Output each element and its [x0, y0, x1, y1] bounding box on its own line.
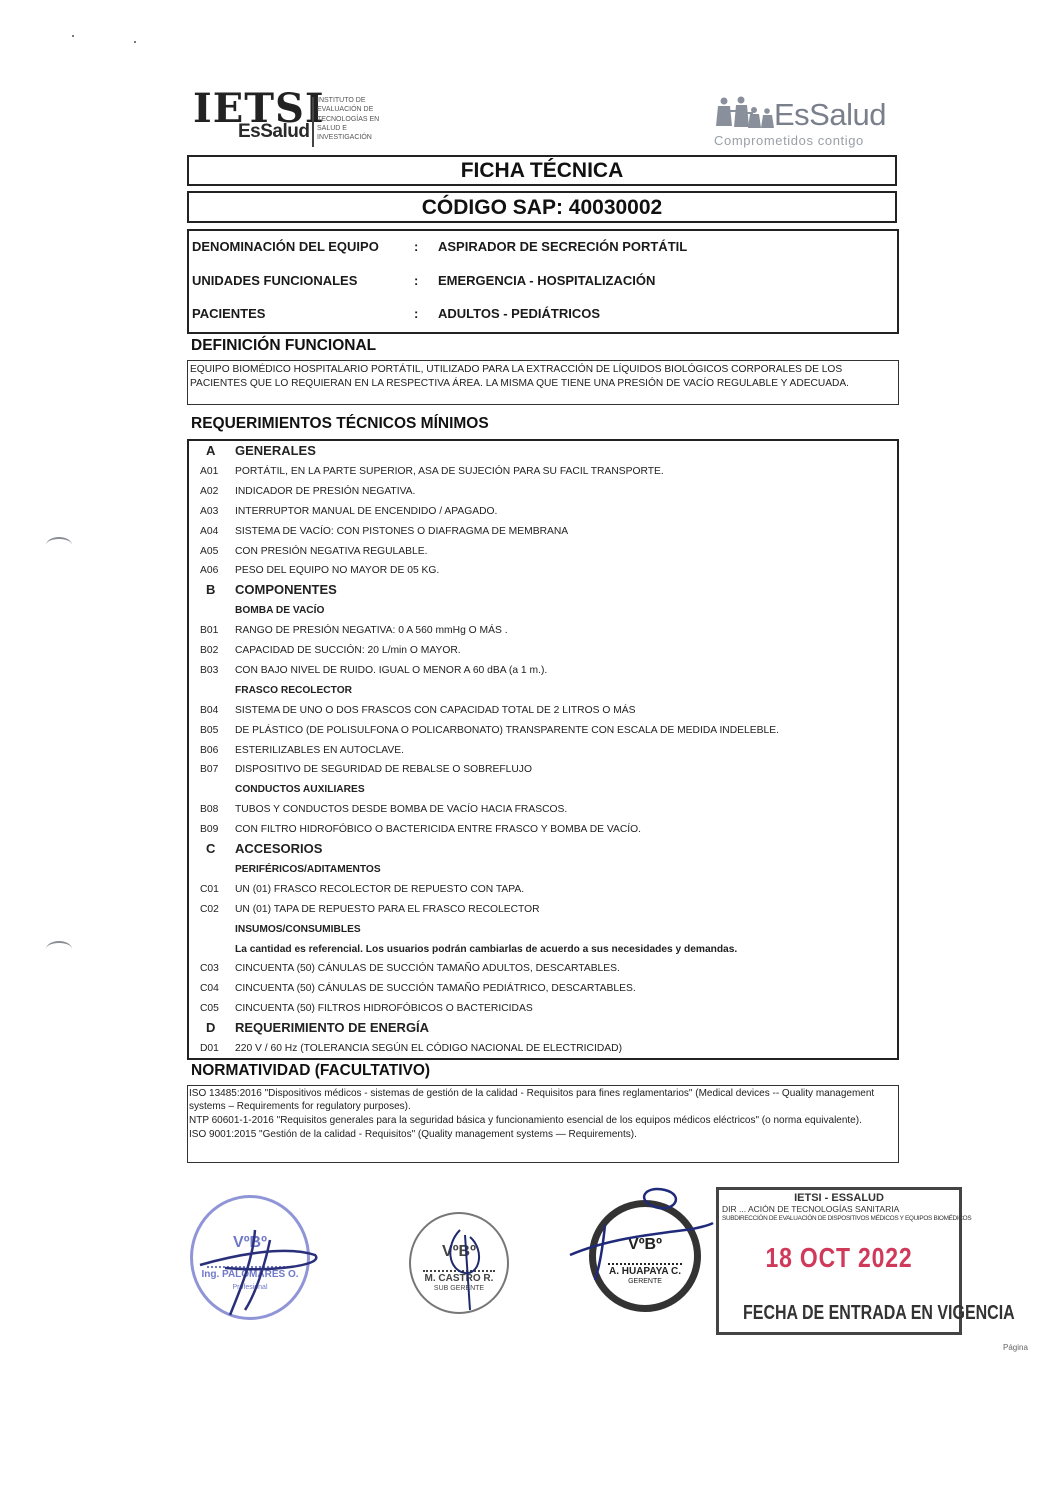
punch-hole-mark	[46, 941, 72, 957]
requirement-code: B05	[200, 725, 218, 736]
info-label: UNIDADES FUNCIONALES	[192, 273, 357, 288]
normatividad-box: ISO 13485:2016 "Dispositivos médicos - s…	[187, 1085, 899, 1163]
date-stamp-org: IETSI - ESSALUD	[719, 1192, 959, 1204]
norm-item: NTP 60601-1-2016 "Requisitos generales p…	[189, 1114, 898, 1127]
requirement-code: C05	[200, 1003, 219, 1014]
effective-date-stamp: IETSI - ESSALUD DIR ... ACIÓN DE TECNOLO…	[716, 1187, 962, 1335]
approval-stamp-subgerente: VºBº M. CASTRO R. SUB GERENTE	[409, 1212, 509, 1314]
essalud-logo: EsSalud Comprometidos contigo	[712, 92, 902, 152]
requirement-note: La cantidad es referencial. Los usuarios…	[189, 941, 889, 960]
requirement-text: GENERALES	[235, 443, 316, 458]
requirement-row: B01RANGO DE PRESIÓN NEGATIVA: 0 A 560 mm…	[189, 622, 889, 641]
stamp-vb: VºBº	[193, 1234, 307, 1252]
requirement-subheading: INSUMOS/CONSUMIBLES	[189, 921, 889, 940]
approval-stamp-gerente: VºBº A. HUAPAYA C. GERENTE	[589, 1200, 701, 1312]
stamp-vb: VºBº	[411, 1243, 507, 1261]
requirement-row: B08TUBOS Y CONDUCTOS DESDE BOMBA DE VACÍ…	[189, 801, 889, 820]
requirement-text: INSUMOS/CONSUMIBLES	[235, 924, 361, 935]
requirement-text: PERIFÉRICOS/ADITAMENTOS	[235, 864, 381, 875]
requirement-text: CON FILTRO HIDROFÓBICO O BACTERICIDA ENT…	[235, 824, 641, 835]
info-colon: :	[414, 306, 418, 321]
ietsi-institute-text: INSTITUTO DE EVALUACIÓN DE TECNOLOGÍAS E…	[317, 96, 379, 142]
stamp-role: Profesional	[193, 1284, 307, 1291]
info-colon: :	[414, 239, 418, 254]
requirement-text: FRASCO RECOLECTOR	[235, 685, 352, 696]
requirement-code: C03	[200, 963, 219, 974]
requirement-text: CONDUCTOS AUXILIARES	[235, 784, 365, 795]
scan-speck	[72, 35, 74, 37]
requirement-text: CINCUENTA (50) CÁNULAS DE SUCCIÓN TAMAÑO…	[235, 983, 636, 994]
requirement-text: PORTÁTIL, EN LA PARTE SUPERIOR, ASA DE S…	[235, 466, 664, 477]
requirement-text: SISTEMA DE UNO O DOS FRASCOS CON CAPACID…	[235, 705, 636, 716]
requirement-code: A02	[200, 486, 218, 497]
requirement-text: INTERRUPTOR MANUAL DE ENCENDIDO / APAGAD…	[235, 506, 497, 517]
requirement-code: B09	[200, 824, 218, 835]
requirement-text: COMPONENTES	[235, 582, 337, 597]
requirement-row: A01PORTÁTIL, EN LA PARTE SUPERIOR, ASA D…	[189, 463, 889, 482]
functional-definition-heading: DEFINICIÓN FUNCIONAL	[191, 337, 376, 355]
requirement-text: PESO DEL EQUIPO NO MAYOR DE 05 KG.	[235, 565, 439, 576]
requirement-text: TUBOS Y CONDUCTOS DESDE BOMBA DE VACÍO H…	[235, 804, 567, 815]
stamp-name: Ing. PALOMARES O.	[193, 1269, 307, 1280]
requirement-code: B07	[200, 764, 218, 775]
requirement-row: A06PESO DEL EQUIPO NO MAYOR DE 05 KG.	[189, 562, 889, 581]
requirement-text: UN (01) FRASCO RECOLECTOR DE REPUESTO CO…	[235, 884, 524, 895]
requirements-heading: REQUERIMIENTOS TÉCNICOS MÍNIMOS	[191, 415, 489, 433]
requirement-subheading: CONDUCTOS AUXILIARES	[189, 781, 889, 800]
requirement-text: RANGO DE PRESIÓN NEGATIVA: 0 A 560 mmHg …	[235, 625, 508, 636]
requirement-category: BCOMPONENTES	[189, 582, 889, 601]
requirement-row: B07DISPOSITIVO DE SEGURIDAD DE REBALSE O…	[189, 761, 889, 780]
requirement-text: ESTERILIZABLES EN AUTOCLAVE.	[235, 745, 404, 756]
norm-item: ISO 9001:2015 "Gestión de la calidad - R…	[189, 1128, 898, 1141]
requirement-text: CON BAJO NIVEL DE RUIDO. IGUAL O MENOR A…	[235, 665, 547, 676]
requirement-text: CAPACIDAD DE SUCCIÓN: 20 L/min O MAYOR.	[235, 645, 461, 656]
requirement-row: B04SISTEMA DE UNO O DOS FRASCOS CON CAPA…	[189, 702, 889, 721]
requirement-code: B08	[200, 804, 218, 815]
requirement-code: D	[206, 1020, 215, 1035]
requirement-row: B05DE PLÁSTICO (DE POLISULFONA O POLICAR…	[189, 722, 889, 741]
requirement-code: A06	[200, 565, 218, 576]
info-label: PACIENTES	[192, 306, 265, 321]
requirements-table: AGENERALESA01PORTÁTIL, EN LA PARTE SUPER…	[187, 439, 899, 1060]
requirement-subheading: FRASCO RECOLECTOR	[189, 682, 889, 701]
requirement-code: A03	[200, 506, 218, 517]
requirement-row: D01220 V / 60 Hz (TOLERANCIA SEGÚN EL CÓ…	[189, 1040, 889, 1059]
date-stamp-direction: DIR ... ACIÓN DE TECNOLOGÍAS SANITARIA	[722, 1204, 899, 1214]
requirement-code: A05	[200, 546, 218, 557]
requirement-row: B09CON FILTRO HIDROFÓBICO O BACTERICIDA …	[189, 821, 889, 840]
requirement-code: B03	[200, 665, 218, 676]
info-value: ADULTOS - PEDIÁTRICOS	[438, 306, 600, 321]
normatividad-heading: NORMATIVIDAD (FACULTATIVO)	[191, 1062, 430, 1080]
requirement-code: C	[206, 841, 215, 856]
requirement-row: C04CINCUENTA (50) CÁNULAS DE SUCCIÓN TAM…	[189, 980, 889, 999]
scan-speck	[134, 41, 136, 43]
punch-hole-mark	[46, 537, 72, 553]
stamp-vb: VºBº	[596, 1236, 694, 1254]
requirement-row: A03INTERRUPTOR MANUAL DE ENCENDIDO / APA…	[189, 503, 889, 522]
requirement-code: C02	[200, 904, 219, 915]
requirement-text: 220 V / 60 Hz (TOLERANCIA SEGÚN EL CÓDIG…	[235, 1043, 622, 1054]
requirement-row: B06ESTERILIZABLES EN AUTOCLAVE.	[189, 742, 889, 761]
requirement-code: B06	[200, 745, 218, 756]
stamp-name: M. CASTRO R.	[411, 1273, 507, 1284]
date-stamp-subdirection: SUBDIRECCIÓN DE EVALUACIÓN DE DISPOSITIV…	[722, 1215, 971, 1222]
stamp-signature-line	[207, 1266, 294, 1268]
info-colon: :	[414, 273, 418, 288]
approval-stamp-professional: VºBº Ing. PALOMARES O. Profesional	[190, 1195, 310, 1320]
requirement-subheading: BOMBA DE VACÍO	[189, 602, 889, 621]
effective-date: 18 OCT 2022	[741, 1242, 938, 1274]
requirement-category: CACCESORIOS	[189, 841, 889, 860]
functional-definition-text: EQUIPO BIOMÉDICO HOSPITALARIO PORTÁTIL, …	[187, 360, 899, 405]
requirement-row: A05CON PRESIÓN NEGATIVA REGULABLE.	[189, 543, 889, 562]
requirement-category: AGENERALES	[189, 443, 889, 462]
requirement-row: C01UN (01) FRASCO RECOLECTOR DE REPUESTO…	[189, 881, 889, 900]
requirement-row: A02INDICADOR DE PRESIÓN NEGATIVA.	[189, 483, 889, 502]
document-title: FICHA TÉCNICA	[187, 155, 897, 186]
requirement-code: D01	[200, 1043, 219, 1054]
requirement-text: CINCUENTA (50) CÁNULAS DE SUCCIÓN TAMAÑO…	[235, 963, 620, 974]
requirement-row: C02UN (01) TAPA DE REPUESTO PARA EL FRAS…	[189, 901, 889, 920]
requirement-code: C01	[200, 884, 219, 895]
requirement-text: DE PLÁSTICO (DE POLISULFONA O POLICARBON…	[235, 725, 779, 736]
stamp-signature-line	[608, 1263, 683, 1265]
requirement-row: A04SISTEMA DE VACÍO: CON PISTONES O DIAF…	[189, 523, 889, 542]
requirement-code: B01	[200, 625, 218, 636]
requirement-text: La cantidad es referencial. Los usuarios…	[235, 944, 737, 955]
logo-divider	[312, 97, 314, 147]
requirement-category: DREQUERIMIENTO DE ENERGÍA	[189, 1020, 889, 1039]
info-label: DENOMINACIÓN DEL EQUIPO	[192, 239, 379, 254]
requirement-text: CINCUENTA (50) FILTROS HIDROFÓBICOS O BA…	[235, 1003, 533, 1014]
equipment-info-box: DENOMINACIÓN DEL EQUIPO : ASPIRADOR DE S…	[187, 229, 899, 334]
requirement-text: DISPOSITIVO DE SEGURIDAD DE REBALSE O SO…	[235, 764, 532, 775]
essalud-name: EsSalud	[774, 97, 886, 133]
stamp-role: GERENTE	[596, 1278, 694, 1285]
requirement-text: SISTEMA DE VACÍO: CON PISTONES O DIAFRAG…	[235, 526, 568, 537]
requirement-row: B02CAPACIDAD DE SUCCIÓN: 20 L/min O MAYO…	[189, 642, 889, 661]
requirement-text: BOMBA DE VACÍO	[235, 605, 324, 616]
info-value: ASPIRADOR DE SECRECIÓN PORTÁTIL	[438, 239, 687, 254]
requirement-code: B02	[200, 645, 218, 656]
stamp-name: A. HUAPAYA C.	[596, 1266, 694, 1277]
stamp-signature-line	[423, 1270, 496, 1272]
requirement-text: ACCESORIOS	[235, 841, 322, 856]
stamp-role: SUB GERENTE	[411, 1285, 507, 1292]
sap-code: CÓDIGO SAP: 40030002	[187, 191, 897, 223]
essalud-tagline: Comprometidos contigo	[714, 133, 864, 148]
requirement-row: B03CON BAJO NIVEL DE RUIDO. IGUAL O MENO…	[189, 662, 889, 681]
page-label: Página	[1003, 1343, 1028, 1352]
info-value: EMERGENCIA - HOSPITALIZACIÓN	[438, 273, 655, 288]
norm-item: ISO 13485:2016 "Dispositivos médicos - s…	[189, 1087, 898, 1113]
requirement-code: A01	[200, 466, 218, 477]
requirement-code: B	[206, 582, 215, 597]
requirement-code: A04	[200, 526, 218, 537]
family-figures-icon	[714, 96, 776, 132]
requirement-text: UN (01) TAPA DE REPUESTO PARA EL FRASCO …	[235, 904, 540, 915]
requirement-text: REQUERIMIENTO DE ENERGÍA	[235, 1020, 429, 1035]
requirement-code: A	[206, 443, 215, 458]
ietsi-logo: IETSI EsSalud INSTITUTO DE EVALUACIÓN DE…	[193, 91, 393, 147]
requirement-row: C03CINCUENTA (50) CÁNULAS DE SUCCIÓN TAM…	[189, 960, 889, 979]
requirement-text: CON PRESIÓN NEGATIVA REGULABLE.	[235, 546, 427, 557]
effective-date-caption: FECHA DE ENTRADA EN VIGENCIA	[743, 1302, 935, 1325]
requirement-subheading: PERIFÉRICOS/ADITAMENTOS	[189, 861, 889, 880]
ietsi-org: EsSalud	[238, 121, 309, 143]
requirement-code: C04	[200, 983, 219, 994]
requirement-code: B04	[200, 705, 218, 716]
requirement-text: INDICADOR DE PRESIÓN NEGATIVA.	[235, 486, 415, 497]
requirement-row: C05CINCUENTA (50) FILTROS HIDROFÓBICOS O…	[189, 1000, 889, 1019]
